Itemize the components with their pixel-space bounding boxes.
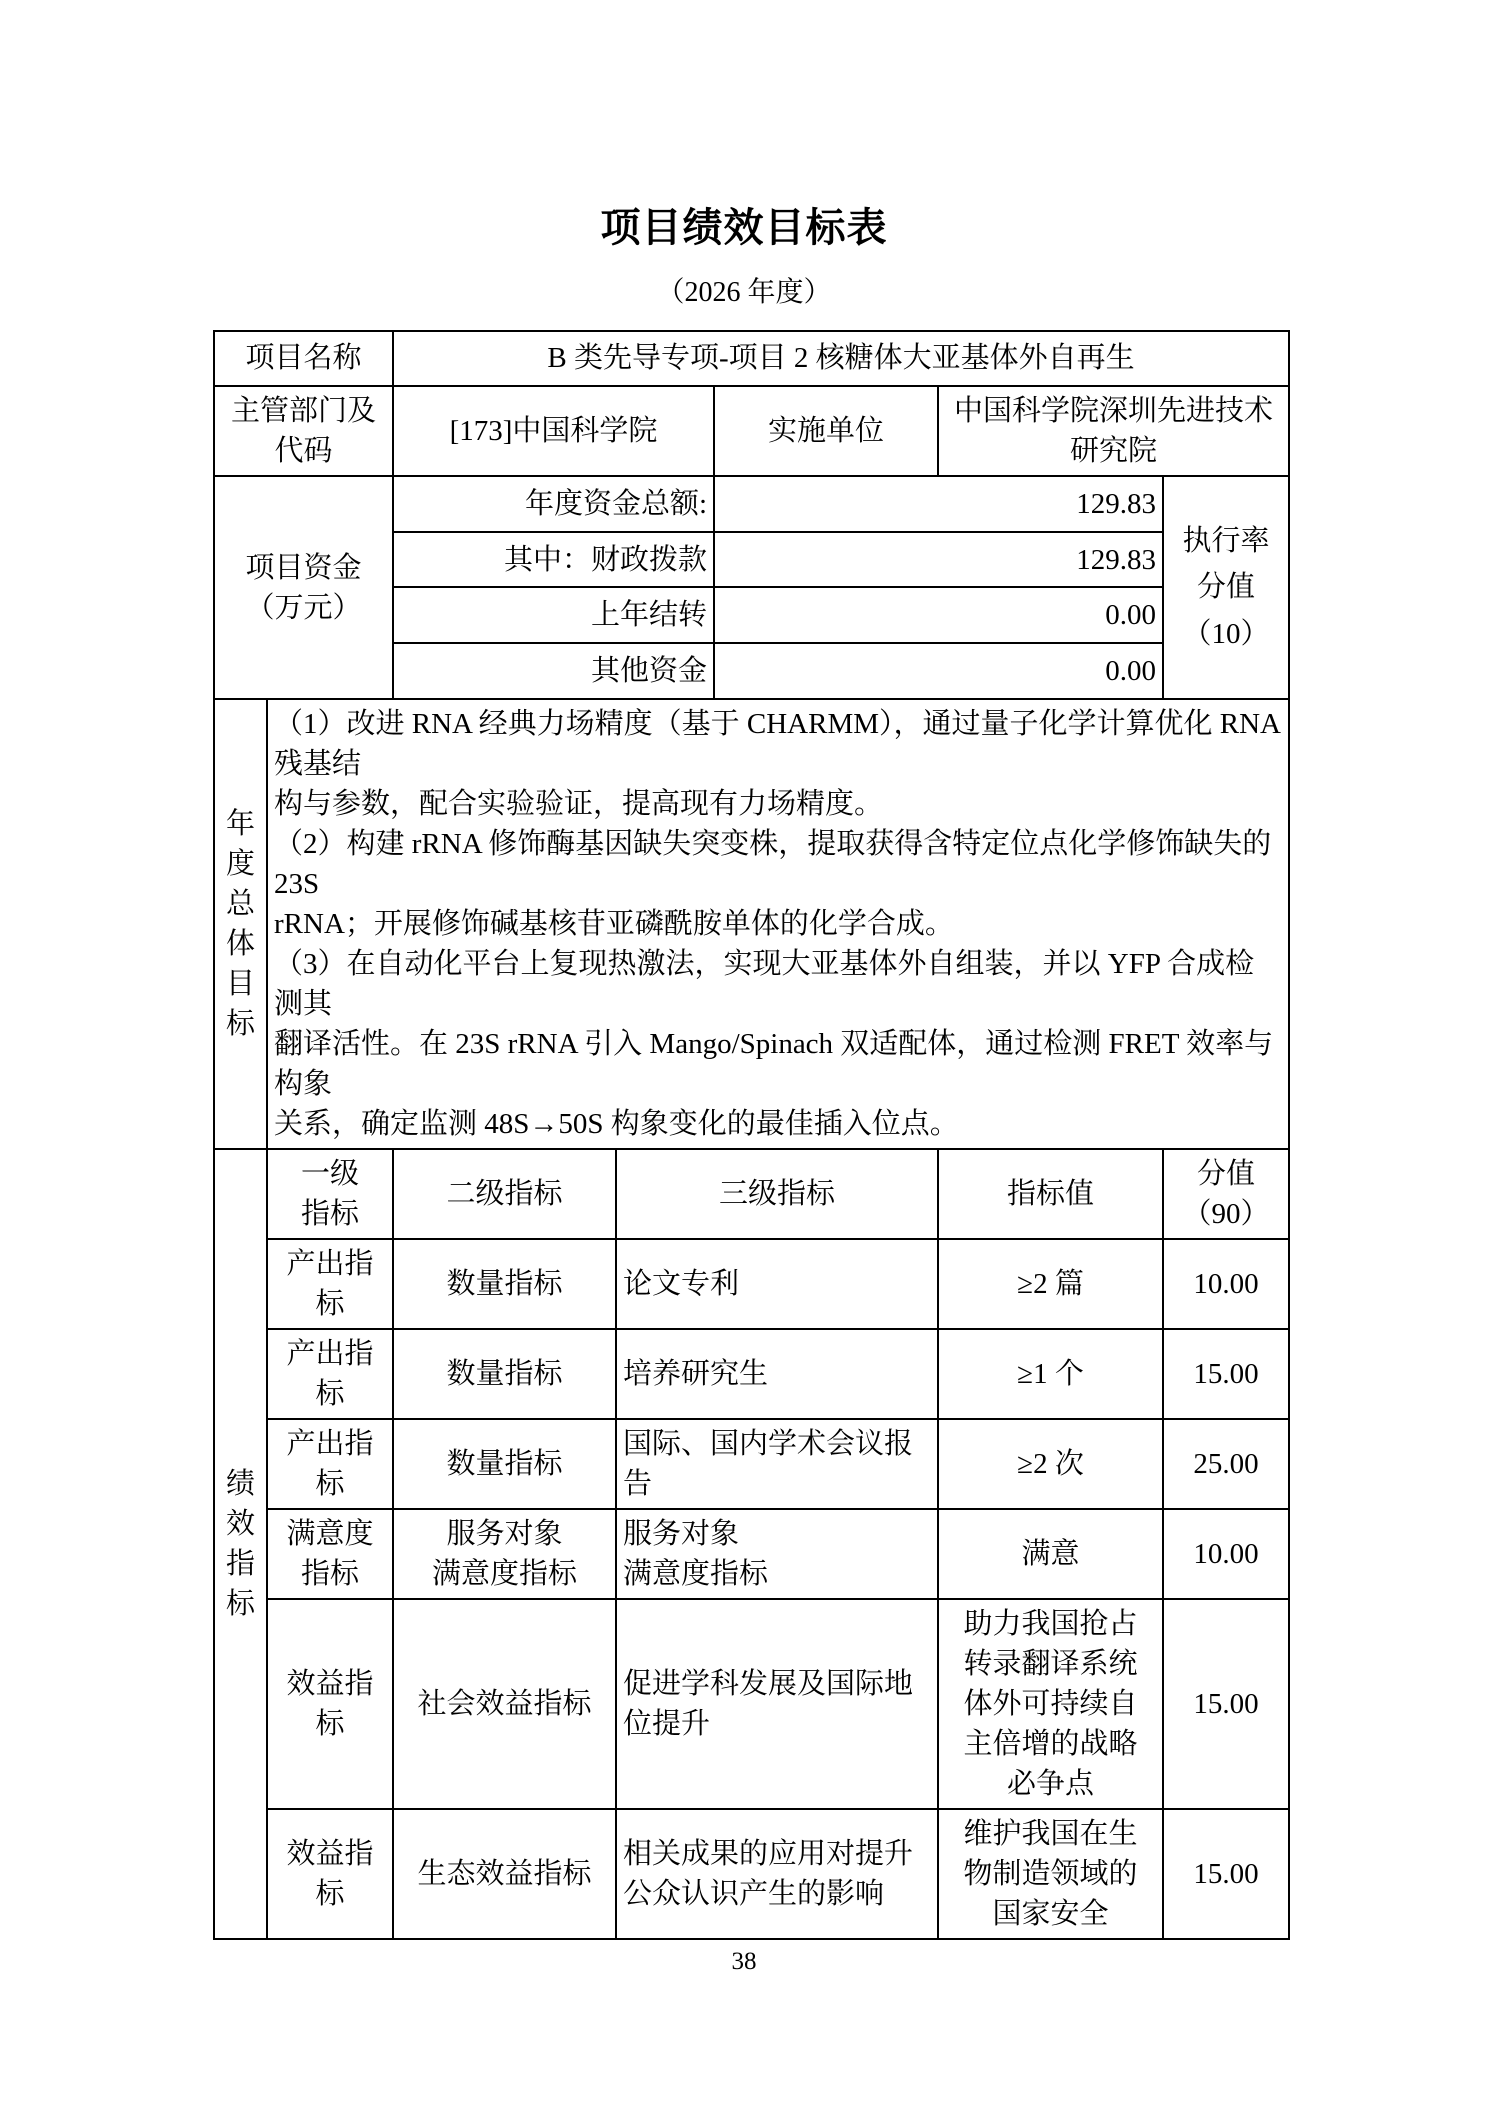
project-name-row: 项目名称 B 类先导专项-项目 2 核糖体大亚基体外自再生	[214, 331, 1289, 386]
department-label: 主管部门及 代码	[214, 386, 393, 476]
indicator-level2: 数量指标	[393, 1419, 616, 1509]
implementing-unit-value: 中国科学院深圳先进技术 研究院	[938, 386, 1289, 476]
indicator-level3: 论文专利	[616, 1239, 938, 1329]
indicator-row: 效益指 标 社会效益指标 促进学科发展及国际地 位提升 助力我国抢占 转录翻译系…	[214, 1599, 1289, 1809]
department-value: [173]中国科学院	[393, 386, 714, 476]
funding-carryover-value: 0.00	[714, 587, 1163, 643]
indicator-score: 15.00	[1163, 1809, 1289, 1939]
project-name-label: 项目名称	[214, 331, 393, 386]
indicator-level2: 数量指标	[393, 1329, 616, 1419]
indicator-level2: 数量指标	[393, 1239, 616, 1329]
indicator-row: 满意度 指标 服务对象 满意度指标 服务对象 满意度指标 满意 10.00	[214, 1509, 1289, 1599]
indicator-level1: 产出指 标	[267, 1419, 393, 1509]
indicator-value: ≥2 次	[938, 1419, 1163, 1509]
indicator-level1: 产出指 标	[267, 1329, 393, 1419]
indicator-row: 产出指 标 数量指标 培养研究生 ≥1 个 15.00	[214, 1329, 1289, 1419]
header-level3: 三级指标	[616, 1149, 938, 1239]
annual-goal-row: 年 度 总 体 目 标 （1）改进 RNA 经典力场精度（基于 CHARMM），…	[214, 699, 1289, 1149]
document-page: 项目绩效目标表 （2026 年度） 项目名称 B 类先导专项-项目 2 核糖体大…	[0, 0, 1488, 2104]
funding-carryover-label: 上年结转	[393, 587, 714, 643]
indicator-value: 维护我国在生 物制造领域的 国家安全	[938, 1809, 1163, 1939]
header-level1: 一级 指标	[267, 1149, 393, 1239]
indicator-level3: 促进学科发展及国际地 位提升	[616, 1599, 938, 1809]
indicator-score: 10.00	[1163, 1239, 1289, 1329]
indicator-score: 10.00	[1163, 1509, 1289, 1599]
indicator-level3: 国际、国内学术会议报告	[616, 1419, 938, 1509]
indicator-score: 15.00	[1163, 1329, 1289, 1419]
funding-total-value: 129.83	[714, 476, 1163, 532]
implementing-unit-label: 实施单位	[714, 386, 938, 476]
annual-goal-text: （1）改进 RNA 经典力场精度（基于 CHARMM），通过量子化学计算优化 R…	[267, 699, 1289, 1149]
indicator-level3: 培养研究生	[616, 1329, 938, 1419]
indicator-level1: 满意度 指标	[267, 1509, 393, 1599]
funding-label: 项目资金 （万元）	[214, 476, 393, 699]
page-number: 38	[0, 1948, 1488, 1976]
indicator-level1: 效益指 标	[267, 1809, 393, 1939]
indicator-row: 产出指 标 数量指标 论文专利 ≥2 篇 10.00	[214, 1239, 1289, 1329]
indicator-level1: 效益指 标	[267, 1599, 393, 1809]
indicator-score: 15.00	[1163, 1599, 1289, 1809]
funding-row-total: 项目资金 （万元） 年度资金总额: 129.83 执行率 分值 （10）	[214, 476, 1289, 532]
indicator-level1: 产出指 标	[267, 1239, 393, 1329]
funding-other-value: 0.00	[714, 643, 1163, 699]
department-row: 主管部门及 代码 [173]中国科学院 实施单位 中国科学院深圳先进技术 研究院	[214, 386, 1289, 476]
execution-rate-score-label: 执行率 分值 （10）	[1163, 476, 1289, 699]
indicator-header-row: 绩 效 指 标 一级 指标 二级指标 三级指标 指标值 分值 （90）	[214, 1149, 1289, 1239]
indicator-row: 产出指 标 数量指标 国际、国内学术会议报告 ≥2 次 25.00	[214, 1419, 1289, 1509]
funding-fiscal-label: 其中：财政拨款	[393, 532, 714, 587]
indicator-value: 满意	[938, 1509, 1163, 1599]
indicator-level2: 社会效益指标	[393, 1599, 616, 1809]
indicator-level2: 生态效益指标	[393, 1809, 616, 1939]
indicator-row: 效益指 标 生态效益指标 相关成果的应用对提升 公众认识产生的影响 维护我国在生…	[214, 1809, 1289, 1939]
performance-indicator-label: 绩 效 指 标	[214, 1149, 267, 1939]
indicator-value: 助力我国抢占 转录翻译系统 体外可持续自 主倍增的战略 必争点	[938, 1599, 1163, 1809]
performance-target-table: 项目名称 B 类先导专项-项目 2 核糖体大亚基体外自再生 主管部门及 代码 […	[213, 330, 1290, 1940]
funding-other-label: 其他资金	[393, 643, 714, 699]
header-level2: 二级指标	[393, 1149, 616, 1239]
indicator-value: ≥2 篇	[938, 1239, 1163, 1329]
indicator-level3: 相关成果的应用对提升 公众认识产生的影响	[616, 1809, 938, 1939]
annual-goal-label: 年 度 总 体 目 标	[214, 699, 267, 1149]
header-score: 分值 （90）	[1163, 1149, 1289, 1239]
indicator-level3: 服务对象 满意度指标	[616, 1509, 938, 1599]
indicator-level2: 服务对象 满意度指标	[393, 1509, 616, 1599]
indicator-score: 25.00	[1163, 1419, 1289, 1509]
indicator-value: ≥1 个	[938, 1329, 1163, 1419]
project-name-value: B 类先导专项-项目 2 核糖体大亚基体外自再生	[393, 331, 1289, 386]
page-subtitle: （2026 年度）	[0, 270, 1488, 310]
funding-total-label: 年度资金总额:	[393, 476, 714, 532]
funding-fiscal-value: 129.83	[714, 532, 1163, 587]
header-value: 指标值	[938, 1149, 1163, 1239]
page-title: 项目绩效目标表	[0, 196, 1488, 253]
